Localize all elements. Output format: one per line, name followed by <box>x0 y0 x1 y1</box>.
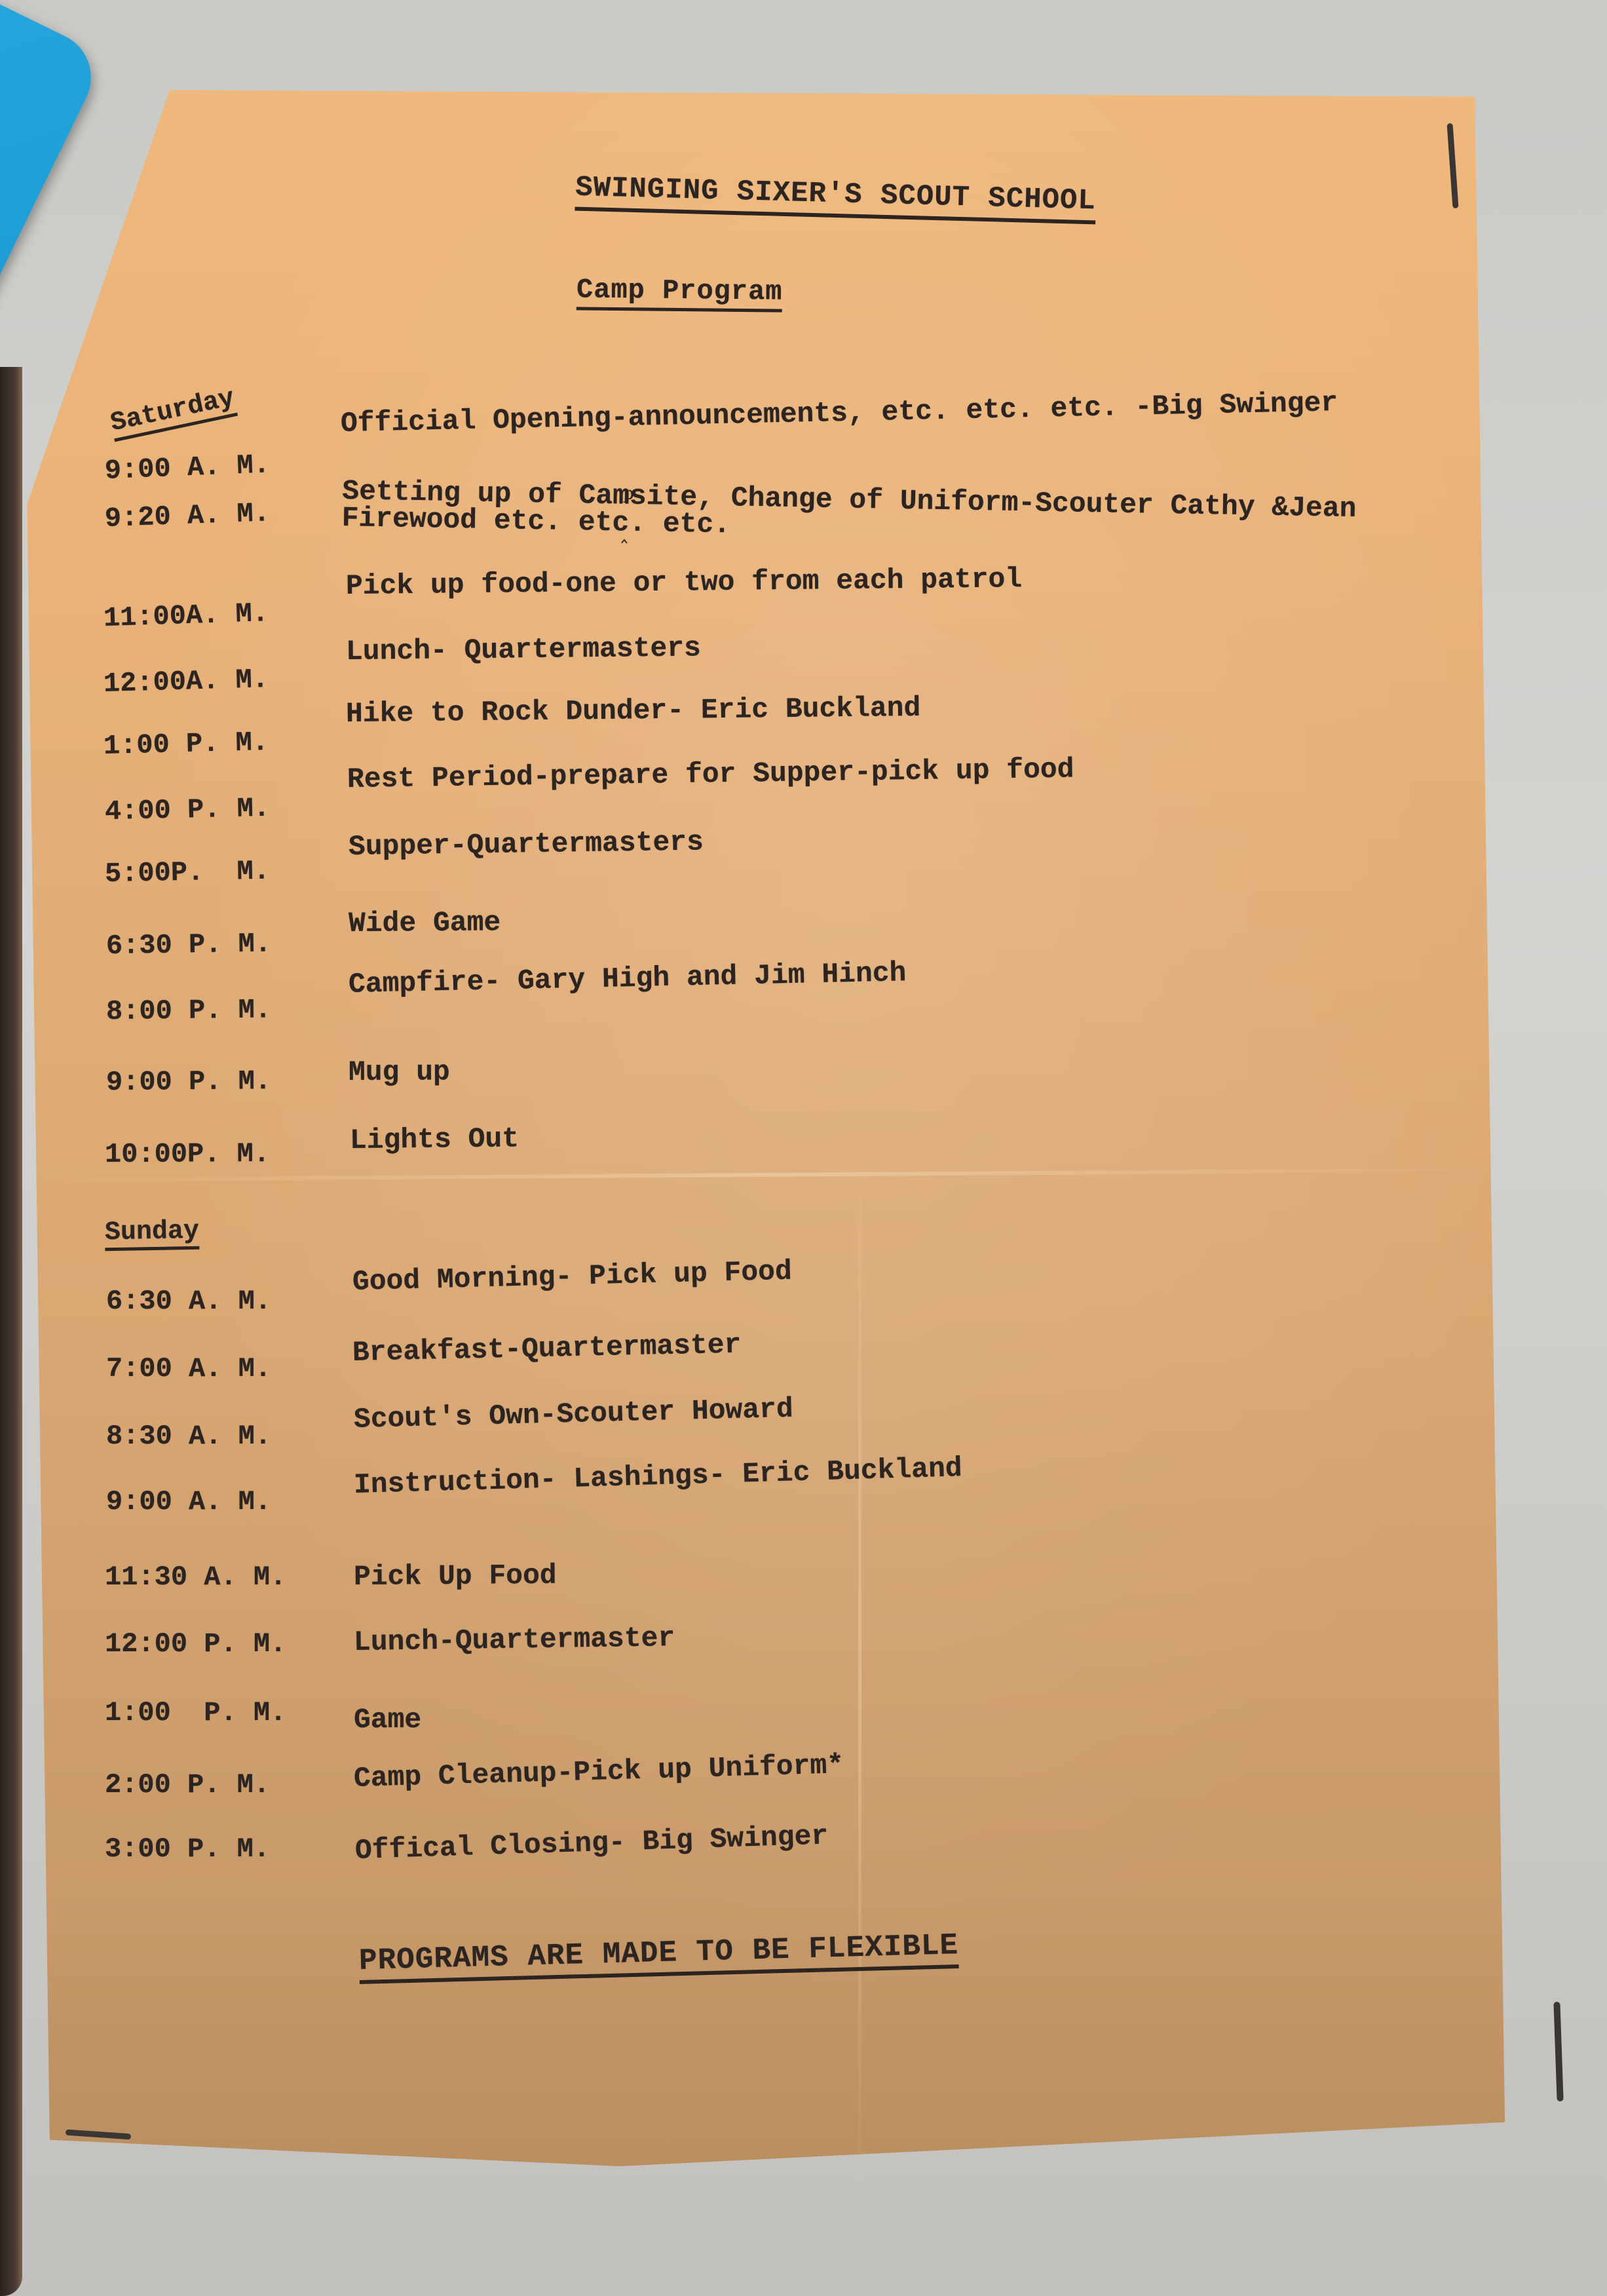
activity-text: Wide Game <box>349 906 501 940</box>
activity-text: Game <box>354 1704 421 1736</box>
schedule-time: 12:00A. M. <box>103 664 269 700</box>
schedule-time: 9:00 A. M. <box>106 1486 271 1518</box>
activity-text: Mug up <box>349 1056 450 1088</box>
schedule-activity: Lunch- Quartermasters <box>346 632 701 668</box>
inserted-letter: p <box>623 484 634 503</box>
schedule-time: 8:30 A. M. <box>106 1421 271 1452</box>
schedule-activity: Lights Out <box>350 1122 520 1157</box>
schedule-time: 5:00P. M. <box>105 856 271 890</box>
schedule-time: 8:00 P. M. <box>106 994 272 1027</box>
schedule-activity: Game <box>354 1704 421 1736</box>
schedule-time: 6:30 A. M. <box>106 1286 271 1317</box>
schedule-time: 9:00 P. M. <box>106 1065 271 1098</box>
schedule-row: 3:00 P. M.Offical Closing- Big Swinger <box>0 0 1607 39</box>
activity-text: Supper-Quartermasters <box>349 826 704 863</box>
schedule-activity: Wide Game <box>349 906 501 940</box>
schedule-time: 9:00 A. M. <box>104 449 271 487</box>
schedule-time: 9:20 A. M. <box>104 497 271 535</box>
schedule-activity: Supper-Quartermasters <box>349 826 704 863</box>
schedule-time: 1:00 P. M. <box>103 727 269 762</box>
vertical-fold-crease <box>858 1147 861 2195</box>
schedule-time: 4:00 P. M. <box>104 793 270 828</box>
schedule-activity: Mug up <box>349 1056 450 1088</box>
schedule-activity: Lunch-Quartermaster <box>354 1622 675 1658</box>
schedule-time: 11:30 A. M. <box>105 1561 286 1593</box>
activity-text: Hike to Rock Dunder- Eric Buckland <box>346 692 921 730</box>
schedule-activity: Pick Up Food <box>354 1559 557 1593</box>
activity-text: Lunch-Quartermaster <box>354 1622 675 1658</box>
activity-text: Lights Out <box>350 1122 520 1157</box>
schedule-time: 11:00A. M. <box>103 598 269 634</box>
schedule-activity: Hike to Rock Dunder- Eric Buckland <box>346 692 921 730</box>
staple-icon <box>1553 2002 1563 2101</box>
schedule-time: 10:00P. M. <box>105 1138 270 1170</box>
caret-insert-icon: ‸ <box>621 520 628 543</box>
schedule-time: 6:30 P. M. <box>106 928 272 962</box>
schedule-time: 2:00 P. M. <box>105 1769 270 1801</box>
activity-text: Pick Up Food <box>354 1559 557 1593</box>
document-subtitle: Camp Program <box>577 274 783 312</box>
schedule-time: 1:00 P. M. <box>105 1697 286 1729</box>
schedule-time: 12:00 P. M. <box>105 1628 286 1660</box>
activity-text: Lunch- Quartermasters <box>346 632 701 668</box>
schedule-time: 7:00 A. M. <box>106 1353 271 1385</box>
program-sheet <box>20 20 1520 2221</box>
schedule-time: 3:00 P. M. <box>105 1833 270 1865</box>
day-heading-sunday: Sunday <box>105 1217 200 1252</box>
book-spine <box>0 367 22 2296</box>
